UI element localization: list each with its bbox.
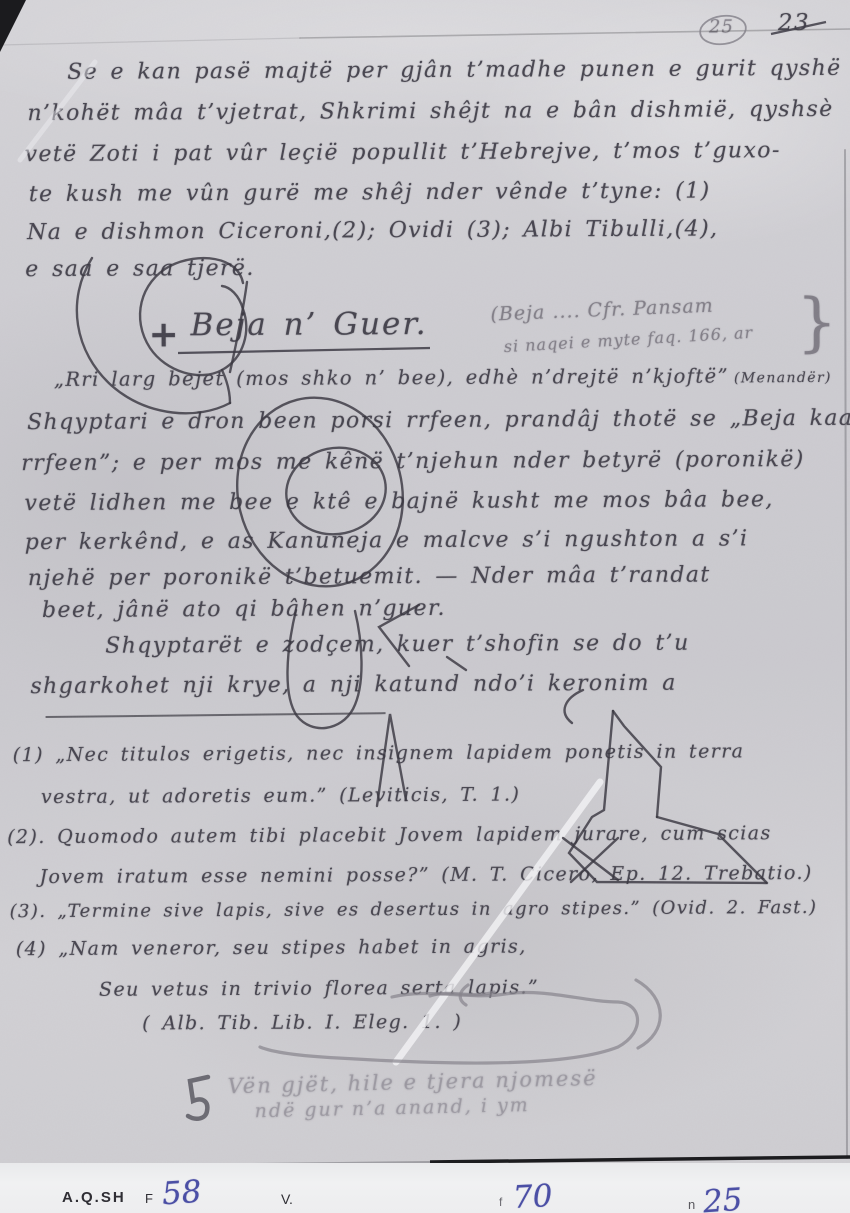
manuscript-line: Se e kan pasë majtë per gjân t’madhe pun…: [67, 56, 842, 85]
manuscript-line: Na e dishmon Ciceroni,(2); Ovidi (3); Al…: [27, 216, 719, 245]
footnote-line: Jovem iratum esse nemini posse?” (M. T. …: [39, 862, 812, 888]
footnote-line: ( Alb. Tib. Lib. I. Eleg. 1. ): [142, 1011, 462, 1035]
corner-circled-page-number: 25: [709, 16, 734, 37]
footnote-line: Seu vetus in trivio florea serta lapis.”: [99, 976, 539, 1000]
footnote-line: (1) „Nec titulos erigetis, nec insignem …: [13, 740, 745, 766]
manuscript-page: 25 23 Se e kan pasë majtë per gjân t’mad…: [0, 0, 850, 1213]
volume-label: V.: [281, 1191, 293, 1207]
footnote-separator: [46, 712, 386, 718]
footnote-line: vestra, ut adoretis eum.” (Leviticis, T.…: [41, 784, 520, 809]
text-layer: 25 23 Se e kan pasë majtë per gjân t’mad…: [0, 0, 850, 1213]
number-label: n: [688, 1197, 695, 1212]
manuscript-line: njehë per poronikë t’betuemit. — Nder mâ…: [28, 563, 711, 592]
footnote-line: (3). „Termine sive lapis, sive es desert…: [10, 897, 818, 922]
manuscript-line: vetë lidhen me bee e ktê e bajnë kusht m…: [24, 487, 773, 516]
archive-footer: A.Q.SH F 58 V. f 70 n 25: [0, 1163, 850, 1213]
pencil-brace: }: [796, 286, 838, 360]
footnote-line: (2). Quomodo autem tibi placebit Jovem l…: [7, 822, 772, 848]
dossier-label: f: [499, 1195, 502, 1209]
quote-line: „Rri larg bejet (mos shko n’ bee), edhè …: [54, 364, 832, 391]
manuscript-line: shgarkohet nji krye, a nji katund ndo’i …: [30, 671, 676, 699]
file-number: 70: [512, 1178, 553, 1213]
manuscript-line: per kerkênd, e as Kanuneja e malcve s’i …: [25, 526, 749, 555]
manuscript-line: te kush me vûn gurë me shêj nder vênde t…: [29, 178, 711, 207]
pencil-scribble-line1: Vën gjët, hile e tjera njomesë: [227, 1066, 597, 1098]
heading-cross-mark: +: [148, 313, 180, 355]
manuscript-line: Shqyptarët e zodçem, kuer t’shofin se do…: [105, 631, 690, 659]
manuscript-line: rrfeen”; e per mos me kênë t’njehun nder…: [21, 447, 805, 476]
quote-attribution: (Menandër): [734, 370, 832, 387]
quote-text: „Rri larg bejet (mos shko n’ bee), edhè …: [54, 364, 729, 391]
fond-label: F: [145, 1191, 153, 1206]
pencil-annotation-line2: si naqei e myte faq. 166, ar: [503, 323, 753, 356]
pencil-annotation-line1: (Beja .... Cfr. Pansam: [490, 295, 714, 326]
manuscript-line: n’kohët mâa t’vjetrat, Shkrimi shêjt na …: [27, 97, 833, 126]
fond-number: 58: [161, 1174, 203, 1213]
archive-code-label: A.Q.SH: [62, 1189, 126, 1206]
manuscript-line: vetë Zoti i pat vûr leçië popullit t’Heb…: [25, 138, 781, 167]
manuscript-line: Shqyptari e dron been porsi rrfeen, pran…: [27, 406, 850, 435]
manuscript-line: e saa e saa tjerë.: [25, 256, 255, 282]
section-heading: Beja n’ Guer.: [190, 306, 427, 343]
footnote-line: (4) „Nam veneror, seu stipes habet in ag…: [16, 935, 527, 960]
pencil-scribble-line2: ndë gur n’a anand, i ym: [254, 1094, 530, 1122]
manuscript-line: beet, jânë ato qi bâhen n’guer.: [42, 596, 446, 623]
corner-struck-page-number: 23: [778, 10, 810, 36]
page-number: 25: [702, 1182, 744, 1213]
